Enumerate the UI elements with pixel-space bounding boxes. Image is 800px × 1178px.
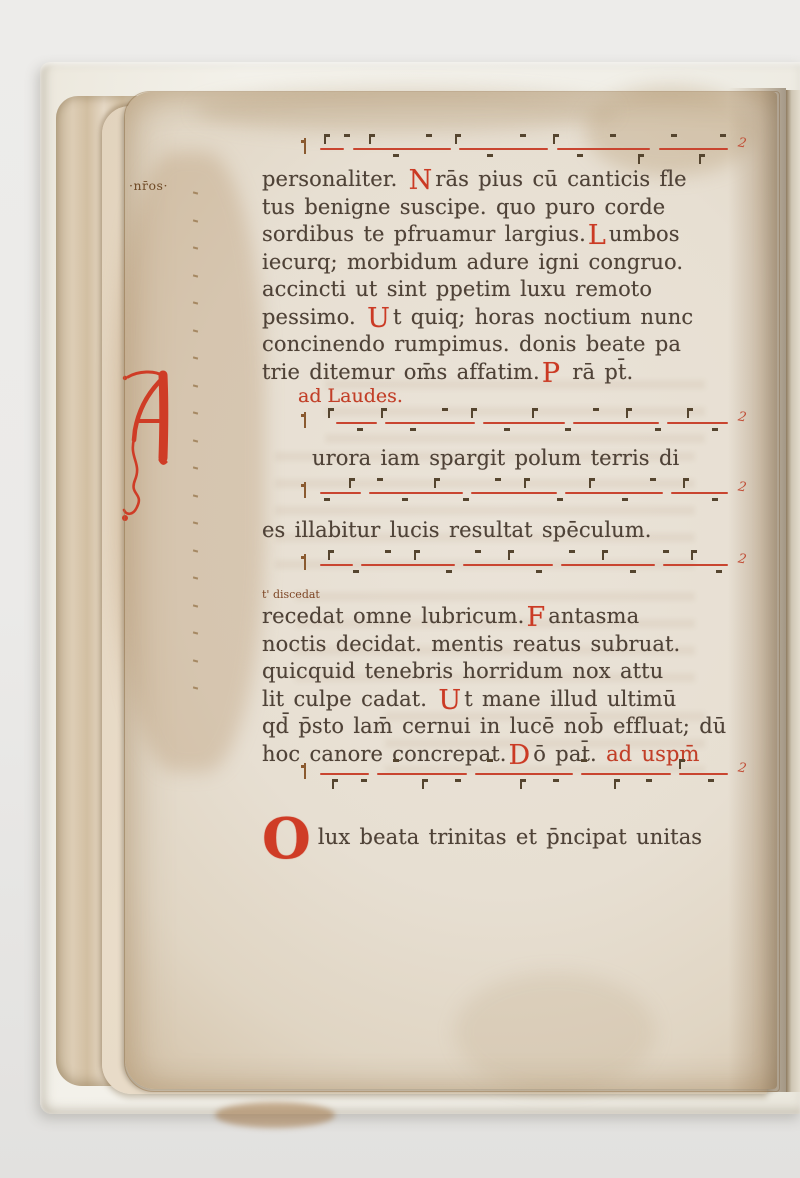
text-line-20: qd̄ p̄sto lam̄ cernui in lucē nob̄ effl… <box>262 713 740 741</box>
illuminated-initial: U <box>438 685 461 716</box>
neume-mark <box>524 478 526 488</box>
staff-rule-segment <box>463 564 553 566</box>
staff-rule-segment <box>557 148 651 150</box>
custos-mark <box>304 763 306 779</box>
prick-mark <box>193 549 198 552</box>
text-segment: accincti ut sint ppetim luxu remoto <box>262 277 652 301</box>
neume-mark <box>679 759 681 769</box>
prick-mark <box>193 494 198 497</box>
staff-rule-segment <box>320 492 361 494</box>
music-staff-line: 2 <box>262 475 740 517</box>
neume-mark <box>565 428 571 431</box>
rubric-text: ad uspm̄ <box>606 742 700 766</box>
text-segment: t quiq; horas noctium nunc <box>393 305 693 329</box>
illuminated-initial-A: A <box>118 368 172 526</box>
prick-mark <box>193 686 198 689</box>
text-line-11: urora iam spargit polum terris di <box>262 445 740 475</box>
prick-mark <box>193 439 198 442</box>
neume-mark <box>553 779 559 782</box>
staff-rule-segment <box>385 422 475 424</box>
neume-mark <box>495 478 501 481</box>
text-segment: antasma <box>548 604 639 628</box>
illuminated-initial: N <box>409 165 433 196</box>
neume-mark <box>410 428 416 431</box>
neume-mark <box>455 779 461 782</box>
neume-mark <box>344 134 350 137</box>
custos-mark <box>304 482 306 498</box>
neume-mark <box>361 779 367 782</box>
neume-mark <box>332 779 334 789</box>
prick-mark <box>193 411 198 414</box>
neume-mark <box>324 134 326 144</box>
staff-rule-segment <box>471 492 557 494</box>
staff-rule-segment <box>320 148 344 150</box>
text-line-18: quicquid tenebris horridum nox attu <box>262 658 740 686</box>
staff-rule-segment <box>663 564 728 566</box>
text-segment: noctis decidat. mentis reatus subruat. <box>262 632 680 656</box>
neume-mark <box>442 408 448 411</box>
text-segment: recedat omne lubricum. <box>262 604 524 628</box>
neume-mark <box>422 779 424 789</box>
neume-mark <box>687 408 689 418</box>
text-segment: es illabitur lucis resultat spēculum. <box>262 518 652 542</box>
text-line-19: lit culpe cadat. Ut mane illud ultimū <box>262 686 740 714</box>
staff-rule-segment <box>336 422 377 424</box>
neume-mark <box>638 154 640 164</box>
neume-mark <box>377 478 383 481</box>
text-segment: trie ditemur om̄s affatim. <box>262 360 540 384</box>
neume-mark <box>402 498 408 501</box>
neume-mark <box>532 408 534 418</box>
text-line-4: iecurq; morbidum adure igni congruo. <box>262 249 740 277</box>
prick-mark <box>193 466 198 469</box>
prick-mark <box>193 604 198 607</box>
staff-rule-segment <box>659 148 728 150</box>
neume-mark <box>708 779 714 782</box>
text-line-21: hoc canore concrepat.Dō pat̄. ad uspm̄ <box>262 741 740 769</box>
neume-mark <box>646 779 652 782</box>
neume-mark <box>353 570 359 573</box>
neume-mark <box>434 478 436 488</box>
staff-rule-segment <box>361 564 455 566</box>
neume-mark <box>536 570 542 573</box>
prick-mark <box>193 659 198 662</box>
neume-mark <box>324 498 330 501</box>
text-segment: pessimo. <box>262 305 365 329</box>
staff-rule-segment <box>561 564 655 566</box>
neume-mark <box>393 759 399 762</box>
text-segment: t mane illud ultimū <box>464 687 676 711</box>
text-line-16: recedat omne lubricum.Fantasma <box>262 603 740 631</box>
illuminated-initial: P <box>542 358 560 389</box>
staff-rule-segment <box>667 422 728 424</box>
neume-mark <box>414 550 416 560</box>
music-staff-line: 2 <box>262 768 740 804</box>
neume-mark <box>487 759 493 762</box>
illuminated-initial: D <box>509 740 531 771</box>
staff-rule-segment <box>565 492 663 494</box>
neume-mark <box>720 134 726 137</box>
text-line-17: noctis decidat. mentis reatus subruat. <box>262 631 740 659</box>
text-segment: quicquid tenebris horridum nox attu <box>262 659 663 683</box>
staff-rule-segment <box>483 422 565 424</box>
neume-mark <box>622 498 628 501</box>
neume-mark <box>471 408 473 418</box>
neume-mark <box>475 550 481 553</box>
neume-mark <box>463 498 469 501</box>
text-segment: rās pius cū canticis fle <box>435 167 686 191</box>
music-staff-line: 2 <box>262 409 740 445</box>
prick-mark <box>193 246 198 249</box>
text-block: 2personaliter. Nrās pius cū canticis f… <box>262 122 740 860</box>
staff-rule-segment <box>459 148 549 150</box>
neume-mark <box>589 478 591 488</box>
prick-mark <box>193 384 198 387</box>
neume-mark <box>426 134 432 137</box>
neume-mark <box>683 478 685 488</box>
margin-gloss-note: ·nr̄os· <box>129 178 168 193</box>
text-line-7: concinendo rumpimus. donis beate pa <box>262 331 740 359</box>
text-line-13: es illabitur lucis resultat spēculum. <box>262 517 740 547</box>
neume-mark <box>504 428 510 431</box>
text-line-23: Olux beata trinitas et p̄ncipat unitas <box>262 804 740 860</box>
neume-mark <box>328 550 330 560</box>
prick-mark <box>193 191 198 194</box>
staff-rule-segment <box>353 148 451 150</box>
text-segment: iecurq; morbidum adure igni congruo. <box>262 250 683 274</box>
illuminated-initial: L <box>588 220 606 251</box>
prick-marks <box>193 192 201 715</box>
text-segment: rā pt̄. <box>563 360 633 384</box>
neume-mark <box>593 408 599 411</box>
neume-mark <box>581 759 587 762</box>
manuscript-photo: ·nr̄os· 2personaliter. Nrās pius cū ca… <box>0 0 800 1178</box>
text-segment: concinendo rumpimus. donis beate pa <box>262 332 681 356</box>
staff-rule-segment <box>369 492 463 494</box>
text-line-3: sordibus te pfruamur largius.Lumbos <box>262 221 740 249</box>
staff-rule-segment <box>377 773 467 775</box>
prick-mark <box>193 631 198 634</box>
neume-mark <box>520 134 526 137</box>
parchment-stain <box>455 972 655 1092</box>
neume-mark <box>671 134 677 137</box>
illuminated-initial: O <box>262 806 311 872</box>
neume-mark <box>626 408 628 418</box>
text-segment: urora iam spargit polum terris di <box>312 446 679 470</box>
text-segment: qd̄ p̄sto lam̄ cernui in lucē nob̄ effl… <box>262 714 726 738</box>
neume-mark <box>455 134 457 144</box>
custos-mark <box>304 412 306 428</box>
text-segment: umbos <box>609 222 680 246</box>
neume-mark <box>393 154 399 157</box>
neume-mark <box>614 779 616 789</box>
prick-mark <box>193 219 198 222</box>
rubric-line: ad Laudes. <box>262 386 740 409</box>
illuminated-initial: U <box>367 303 390 334</box>
neume-mark <box>381 408 383 418</box>
neume-mark <box>712 428 718 431</box>
neume-mark <box>691 550 693 560</box>
neume-mark <box>650 478 656 481</box>
neume-mark <box>446 570 452 573</box>
text-line-8: trie ditemur om̄s affatim.P rā pt̄. <box>262 359 740 387</box>
neume-mark <box>699 154 701 164</box>
custos-mark <box>304 554 306 570</box>
text-segment: tus benigne suscipe. quo puro corde <box>262 195 665 219</box>
staff-rule-segment <box>671 492 728 494</box>
neume-mark <box>655 428 661 431</box>
neume-mark <box>385 550 391 553</box>
text-line-5: accincti ut sint ppetim luxu remoto <box>262 276 740 304</box>
neume-mark <box>610 134 616 137</box>
neume-mark <box>357 428 363 431</box>
staff-rule-segment <box>475 773 573 775</box>
prick-mark <box>193 301 198 304</box>
text-segment: hoc canore concrepat. <box>262 742 507 766</box>
facing-page-sliver <box>786 90 800 1092</box>
music-staff-line: 2 <box>262 547 740 589</box>
initial-A-drawing <box>118 368 172 526</box>
book: ·nr̄os· 2personaliter. Nrās pius cū ca… <box>40 62 800 1114</box>
custos-mark <box>304 138 306 154</box>
neume-mark <box>602 550 604 560</box>
staff-rule-segment <box>573 422 659 424</box>
staff-rule-segment <box>320 773 369 775</box>
neume-mark <box>569 550 575 553</box>
neume-mark <box>508 550 510 560</box>
staff-rule-segment <box>679 773 728 775</box>
prick-mark <box>193 576 198 579</box>
manuscript-page: ·nr̄os· 2personaliter. Nrās pius cū ca… <box>125 92 777 1089</box>
neume-mark <box>553 134 555 144</box>
music-staff-line: 2 <box>262 122 740 166</box>
illuminated-initial: F <box>526 602 545 633</box>
neume-mark <box>328 408 330 418</box>
text-segment: ō pat̄. <box>533 742 606 766</box>
prick-mark <box>193 329 198 332</box>
neume-mark <box>630 570 636 573</box>
neume-mark <box>577 154 583 157</box>
text-line-6: pessimo. Ut quiq; horas noctium nunc <box>262 304 740 332</box>
neume-mark <box>663 550 669 553</box>
neume-mark <box>487 154 493 157</box>
prick-mark <box>193 274 198 277</box>
text-line-1: personaliter. Nrās pius cū canticis fl… <box>262 166 740 194</box>
interlinear-gloss: t' discedat <box>262 589 740 603</box>
neume-mark <box>349 478 351 488</box>
text-segment: lit culpe cadat. <box>262 687 436 711</box>
gutter-shadow <box>728 88 786 1092</box>
staff-rule-segment <box>581 773 671 775</box>
text-line-2: tus benigne suscipe. quo puro corde <box>262 194 740 222</box>
neume-mark <box>557 498 563 501</box>
text-segment: personaliter. <box>262 167 407 191</box>
staff-rule-segment <box>320 564 353 566</box>
text-segment: sordibus te pfruamur largius. <box>262 222 586 246</box>
text-segment: lux beata trinitas et p̄ncipat unitas <box>318 825 702 849</box>
prick-mark <box>193 356 198 359</box>
neume-mark <box>716 570 722 573</box>
neume-mark <box>369 134 371 144</box>
prick-mark <box>193 521 198 524</box>
neume-mark <box>712 498 718 501</box>
neume-mark <box>520 779 522 789</box>
